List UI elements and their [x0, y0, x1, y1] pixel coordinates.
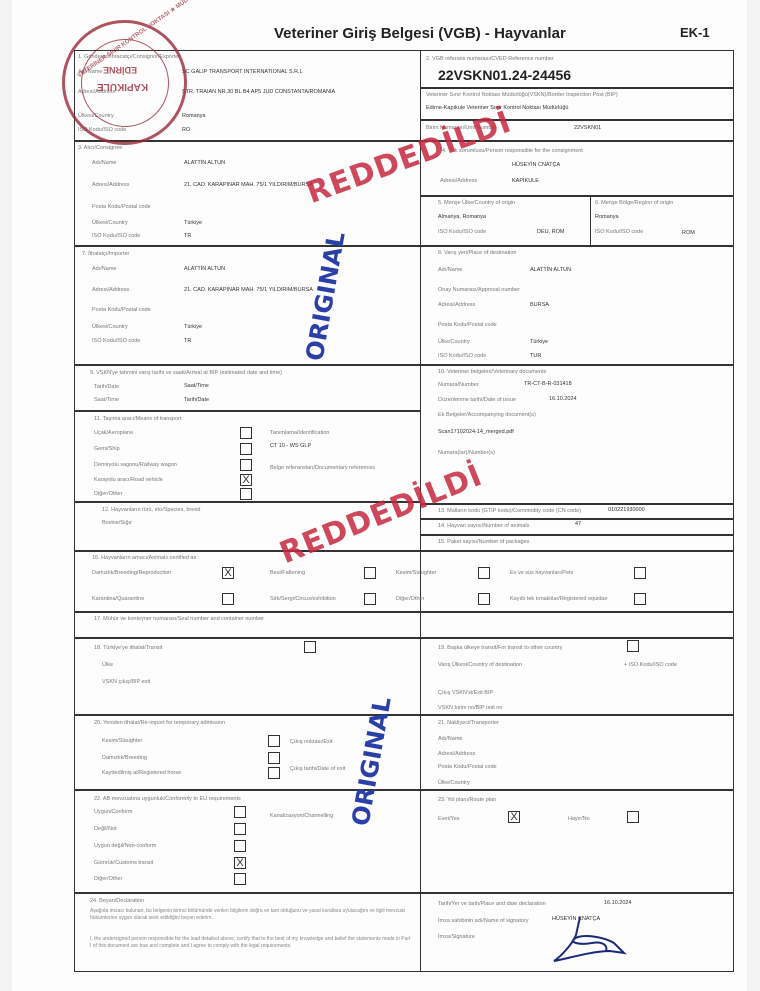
importer-name: ALATTİN ALTUN [184, 266, 225, 272]
transit-country-label: Varış Ülkesi/Country of destination [438, 662, 522, 668]
consignor-name: SC GALIP TRANSPORT INTERNATIONAL S.R.L [182, 69, 303, 75]
commodity-value: 010221930000 [608, 507, 645, 513]
divider [74, 550, 734, 552]
destination-address: BURSA [530, 302, 549, 308]
commodity-label: 13. Malların kodu (GTİP kodu)/Commodity … [438, 508, 581, 514]
declaration-label: 24. Beyan/Declaration [90, 898, 144, 904]
option-checkbox[interactable] [478, 593, 490, 605]
importer-country: Türkiye [184, 324, 202, 330]
route-no-checkbox[interactable] [627, 811, 639, 823]
destination-label: 8. Varış yeri/Place of destination [438, 250, 516, 256]
transit-exit-bip-label: Çıkış VSKN'si/Exit BIP [438, 690, 493, 696]
checkbox-label: Kesim/Slaughter [396, 570, 436, 576]
checkbox-label: Damızlık/Breeding [102, 755, 147, 761]
arrival-time: Tarih/Date [184, 397, 209, 403]
import-label: 18. Türkiye'ye ithalat/Transit [94, 645, 162, 651]
consignee-country: Türkiye [184, 220, 202, 226]
checkbox-label: Gümrük/Customs transit [94, 860, 153, 866]
origin-country-iso-label: ISO Kodu/ISO code [438, 229, 486, 235]
option-checkbox[interactable] [234, 840, 246, 852]
import-bip-label: VSKN çıkış/BIP exit [102, 679, 150, 685]
destination-postal-label: Posta Kodu/Postal code [438, 322, 497, 328]
checkbox-label: Diğer/Other [94, 491, 122, 497]
reimport-exit-label: Çıkış noktası/Exit [290, 739, 333, 745]
option-checkbox[interactable] [634, 593, 646, 605]
checkbox-label: Uygun değil/Non-conform [94, 843, 156, 849]
importer-iso: TR [184, 338, 191, 344]
import-country-label: Ülke [102, 662, 113, 668]
consignee-name: ALATTİN ALTUN [184, 160, 225, 166]
divider [420, 518, 734, 520]
origin-country: Almanya, Romanya [438, 214, 486, 220]
divider [74, 364, 734, 366]
importer-address: 21. CAD. KARAPINAR MAH. 75/1 YILDIRIM/BU… [184, 287, 313, 293]
signatory-label: İmza sahibinin adı/Name of signatory [438, 918, 529, 924]
option-checkbox[interactable] [234, 823, 246, 835]
option-checkbox[interactable] [234, 806, 246, 818]
route-plan-label: 23. Yol planı/Route plan [438, 797, 496, 803]
option-checkbox[interactable] [268, 752, 280, 764]
destination-address-label: Adresi/Address [438, 302, 475, 308]
importer-iso-label: ISO Kodu/ISO code [92, 338, 140, 344]
arrival-label: 9. VSKN'ye tahmini varış tarihi ve saati… [90, 370, 282, 376]
divider [74, 789, 734, 791]
importer-name-label: Adı/Name [92, 266, 116, 272]
reference-label: 2. VGB referans numarası/CVED Reference … [426, 56, 554, 62]
vet-docs-label: 10. Veteriner belgeleri/Veterinary docum… [438, 369, 546, 375]
option-checkbox[interactable] [240, 443, 252, 455]
transporter-country-label: Ülke/Country [438, 780, 470, 786]
transit-unit-label: VSKN birim no/BIP unit no [438, 705, 502, 711]
identification-label: Tanımlama/Identification [270, 430, 329, 436]
destination-name: ALATTİN ALTUN [530, 267, 571, 273]
checkbox-label: Kesim/Slaughter [102, 738, 142, 744]
option-checkbox[interactable] [268, 735, 280, 747]
declaration-text-tr: Aşağıda imzası bulunan, bu belgenin biri… [90, 908, 412, 922]
divider [74, 637, 734, 639]
divider [74, 410, 420, 412]
responsible-address: KAPIKULE [512, 178, 539, 184]
importer-section-label: 7. İthalatçı/Importer [82, 251, 129, 257]
divider [420, 87, 734, 89]
unit-value: 22VSKN01 [574, 125, 601, 131]
vet-docs-number: TR-CT-B-R-031418 [524, 381, 572, 387]
transporter-label: 21. Nakliyeci/Transporter [438, 720, 499, 726]
divider [420, 503, 734, 505]
origin-region-label: 6. Menşe Bölge/Region of origin [595, 200, 673, 206]
checkbox-label: Diğer/Other [396, 596, 424, 602]
transporter-address-label: Adresi/Address [438, 751, 475, 757]
destination-country: Türkiye [530, 339, 548, 345]
transit-label: 19. Başka ülkeye transit/For transit to … [438, 645, 562, 651]
checkbox-label: Kaydedilmiş at/Registered horse [102, 770, 181, 776]
origin-region-iso: ROM [682, 230, 695, 236]
reference-number: 22VSKN01.24-24456 [438, 67, 571, 83]
package-count-label: 15. Paket sayısı/Number of packages [438, 539, 529, 545]
option-checkbox[interactable] [234, 873, 246, 885]
animals-desc-label: 12. Hayvanların türü, ırkı/Species, bree… [102, 507, 200, 513]
origin-region-iso-label: ISO Kodu/ISO code [595, 229, 643, 235]
divider [74, 892, 734, 894]
divider [420, 534, 734, 536]
consignee-address: 21. CAD. KARAPINAR MAH. 75/1 YILDIRIM/BU… [184, 182, 313, 188]
option-checkbox[interactable]: X [234, 857, 246, 869]
checkbox-label: Gemi/Ship [94, 446, 120, 452]
consignee-iso-label: ISO Kodu/ISO code [92, 233, 140, 239]
checkbox-label: Damızlık/Breeding/Reproduction [92, 570, 171, 576]
destination-iso: TUR [530, 353, 541, 359]
bip-label: Veteriner Sınır Kontrol Noktası Müdürlüğ… [426, 92, 618, 98]
certified-for-label: 16. Hayvanların amacı/Animals certified … [92, 555, 196, 561]
importer-address-label: Adresi/Address [92, 287, 129, 293]
declaration-text-en: I, the undersigned person responsible fo… [90, 936, 412, 950]
doc-ref-label: Belge referansları/Documentary reference… [270, 465, 375, 471]
checkbox-label: Sirk/Sergi/Circus/exhibition [270, 596, 336, 602]
option-checkbox[interactable] [634, 567, 646, 579]
importer-postal-label: Posta Kodu/Postal code [92, 307, 151, 313]
option-checkbox[interactable] [364, 593, 376, 605]
document-title: Veteriner Giriş Belgesi (VGB) - Hayvanla… [274, 25, 566, 42]
checkbox-label: Değil/Not [94, 826, 117, 832]
reimport-label: 20. Yeniden ithalat/Re-import for tempor… [94, 720, 225, 726]
checkbox-label: Karantina/Quarantine [92, 596, 144, 602]
signature-label: İmza/Signature [438, 934, 475, 940]
route-yes-label: Evet/Yes [438, 816, 460, 822]
route-yes-checkbox[interactable]: X [508, 811, 520, 823]
destination-approval-label: Onay Numarası/Approval number [438, 287, 520, 293]
arrival-date-label: Tarih/Date [94, 384, 119, 390]
checkbox-label: Ev ve süs hayvanları/Pets [510, 570, 573, 576]
origin-region: Romanya [595, 214, 619, 220]
animals-desc-value: Bovine/Sığır [102, 520, 132, 526]
divider [74, 714, 734, 716]
option-checkbox[interactable] [240, 427, 252, 439]
transporter-postal-label: Posta Kodu/Postal code [438, 764, 497, 770]
consignee-postal-label: Posta Kodu/Postal code [92, 204, 151, 210]
animal-count: 47 [575, 521, 581, 527]
checkbox-label: Diğer/Other [94, 876, 122, 882]
transit-iso-label: + ISO Kodu/ISO code [624, 662, 677, 668]
route-no-label: Hayır/No [568, 816, 590, 822]
divider [420, 195, 734, 197]
consignee-iso: TR [184, 233, 191, 239]
checkbox-label: Besi/Fattening [270, 570, 305, 576]
identification-value: CT 10 - WS GLP [270, 443, 311, 449]
responsible-address-label: Adresi/Address [440, 178, 477, 184]
option-checkbox[interactable] [364, 567, 376, 579]
vet-docs-numbers-label: Numara(lar)/Number(s) [438, 450, 495, 456]
place-date-label: Tarih/Yer ve tarih/Place and date declar… [438, 901, 546, 907]
checkbox-label: Kayıtlı tek tırnaklılar/Registered equid… [510, 596, 608, 602]
option-checkbox[interactable] [478, 567, 490, 579]
consignor-iso: RO [182, 127, 190, 133]
conformity-label: 22. AB mevzuatına uygunluk/Conformity to… [94, 796, 241, 802]
transporter-name-label: Adı/Name [438, 736, 462, 742]
consignee-country-label: Ülkesi/Country [92, 220, 128, 226]
accompanying-docs: Scan17102024-14_merged.pdf [438, 429, 514, 435]
transport-label: 11. Taşıma aracı/Means of transport [94, 416, 182, 422]
animal-count-label: 14. Hayvan sayısı/Number of animals [438, 523, 529, 529]
option-checkbox[interactable] [240, 488, 252, 500]
divider [74, 611, 734, 613]
accompanying-docs-label: Ek Belgeler/Accompanying document(s) [438, 412, 536, 418]
arrival-time-label: Saat/Time [94, 397, 119, 403]
import-checkbox[interactable] [304, 641, 316, 653]
seal-inner-text: KAPIKULE [97, 81, 148, 92]
consignee-address-label: Adresi/Address [92, 182, 129, 188]
seal-label: 17. Mühür ve konteyner numarası/Seal num… [94, 616, 264, 622]
option-checkbox[interactable] [222, 593, 234, 605]
signature-image [552, 915, 632, 965]
conformity-note-label: Kanalizasyon/Channelling [270, 813, 333, 819]
consignor-address: STR. TRAIAN NR.30 BL B4 AP5 JUD CONSTANT… [182, 89, 335, 95]
checkbox-label: Demiryolu vagonu/Railway wagon [94, 462, 177, 468]
official-seal-stamp: KAPIKULE EDİRNE VETERİNER SINIR KONTROL … [62, 20, 187, 145]
option-checkbox[interactable]: X [240, 474, 252, 486]
origin-country-iso: DEU, ROM [537, 229, 565, 235]
vet-docs-number-label: Numara/Number [438, 382, 479, 388]
checkbox-label: Uçak/Aeroplane [94, 430, 133, 436]
place-date: 16.10.2024 [604, 900, 632, 906]
arrival-date: Saat/Time [184, 383, 209, 389]
transit-checkbox[interactable] [627, 640, 639, 652]
responsible-name: HÜSEYİN CNATÇA [512, 162, 560, 168]
destination-name-label: Adı/Name [438, 267, 462, 273]
reimport-exit-date-label: Çıkış tarihi/Date of exit [290, 766, 345, 772]
origin-country-label: 5. Menşe Ülke/Country of origin [438, 200, 515, 206]
destination-iso-label: ISO Kodu/ISO code [438, 353, 486, 359]
document-page: Veteriner Giriş Belgesi (VGB) - Hayvanla… [12, 0, 747, 991]
consignor-country: Romanya [182, 113, 206, 119]
seal-inner-text-2: EDİRNE [103, 65, 137, 75]
annex-label: EK-1 [680, 25, 710, 40]
checkbox-label: Karayolu aracı/Road vehicle [94, 477, 163, 483]
checkbox-label: Uygun/Conform [94, 809, 133, 815]
divider [590, 195, 591, 245]
option-checkbox[interactable] [268, 767, 280, 779]
importer-country-label: Ülkesi/Country [92, 324, 128, 330]
vet-docs-date-label: Düzenlenme tarihi/Date of issue [438, 397, 516, 403]
consignee-section-label: 3. Alıcı/Consignee [78, 145, 122, 151]
option-checkbox[interactable]: X [222, 567, 234, 579]
destination-country-label: Ülke/Country [438, 339, 470, 345]
vet-docs-date: 16.10.2024 [549, 396, 577, 402]
divider [74, 245, 734, 247]
consignee-name-label: Adı/Name [92, 160, 116, 166]
option-checkbox[interactable] [240, 459, 252, 471]
